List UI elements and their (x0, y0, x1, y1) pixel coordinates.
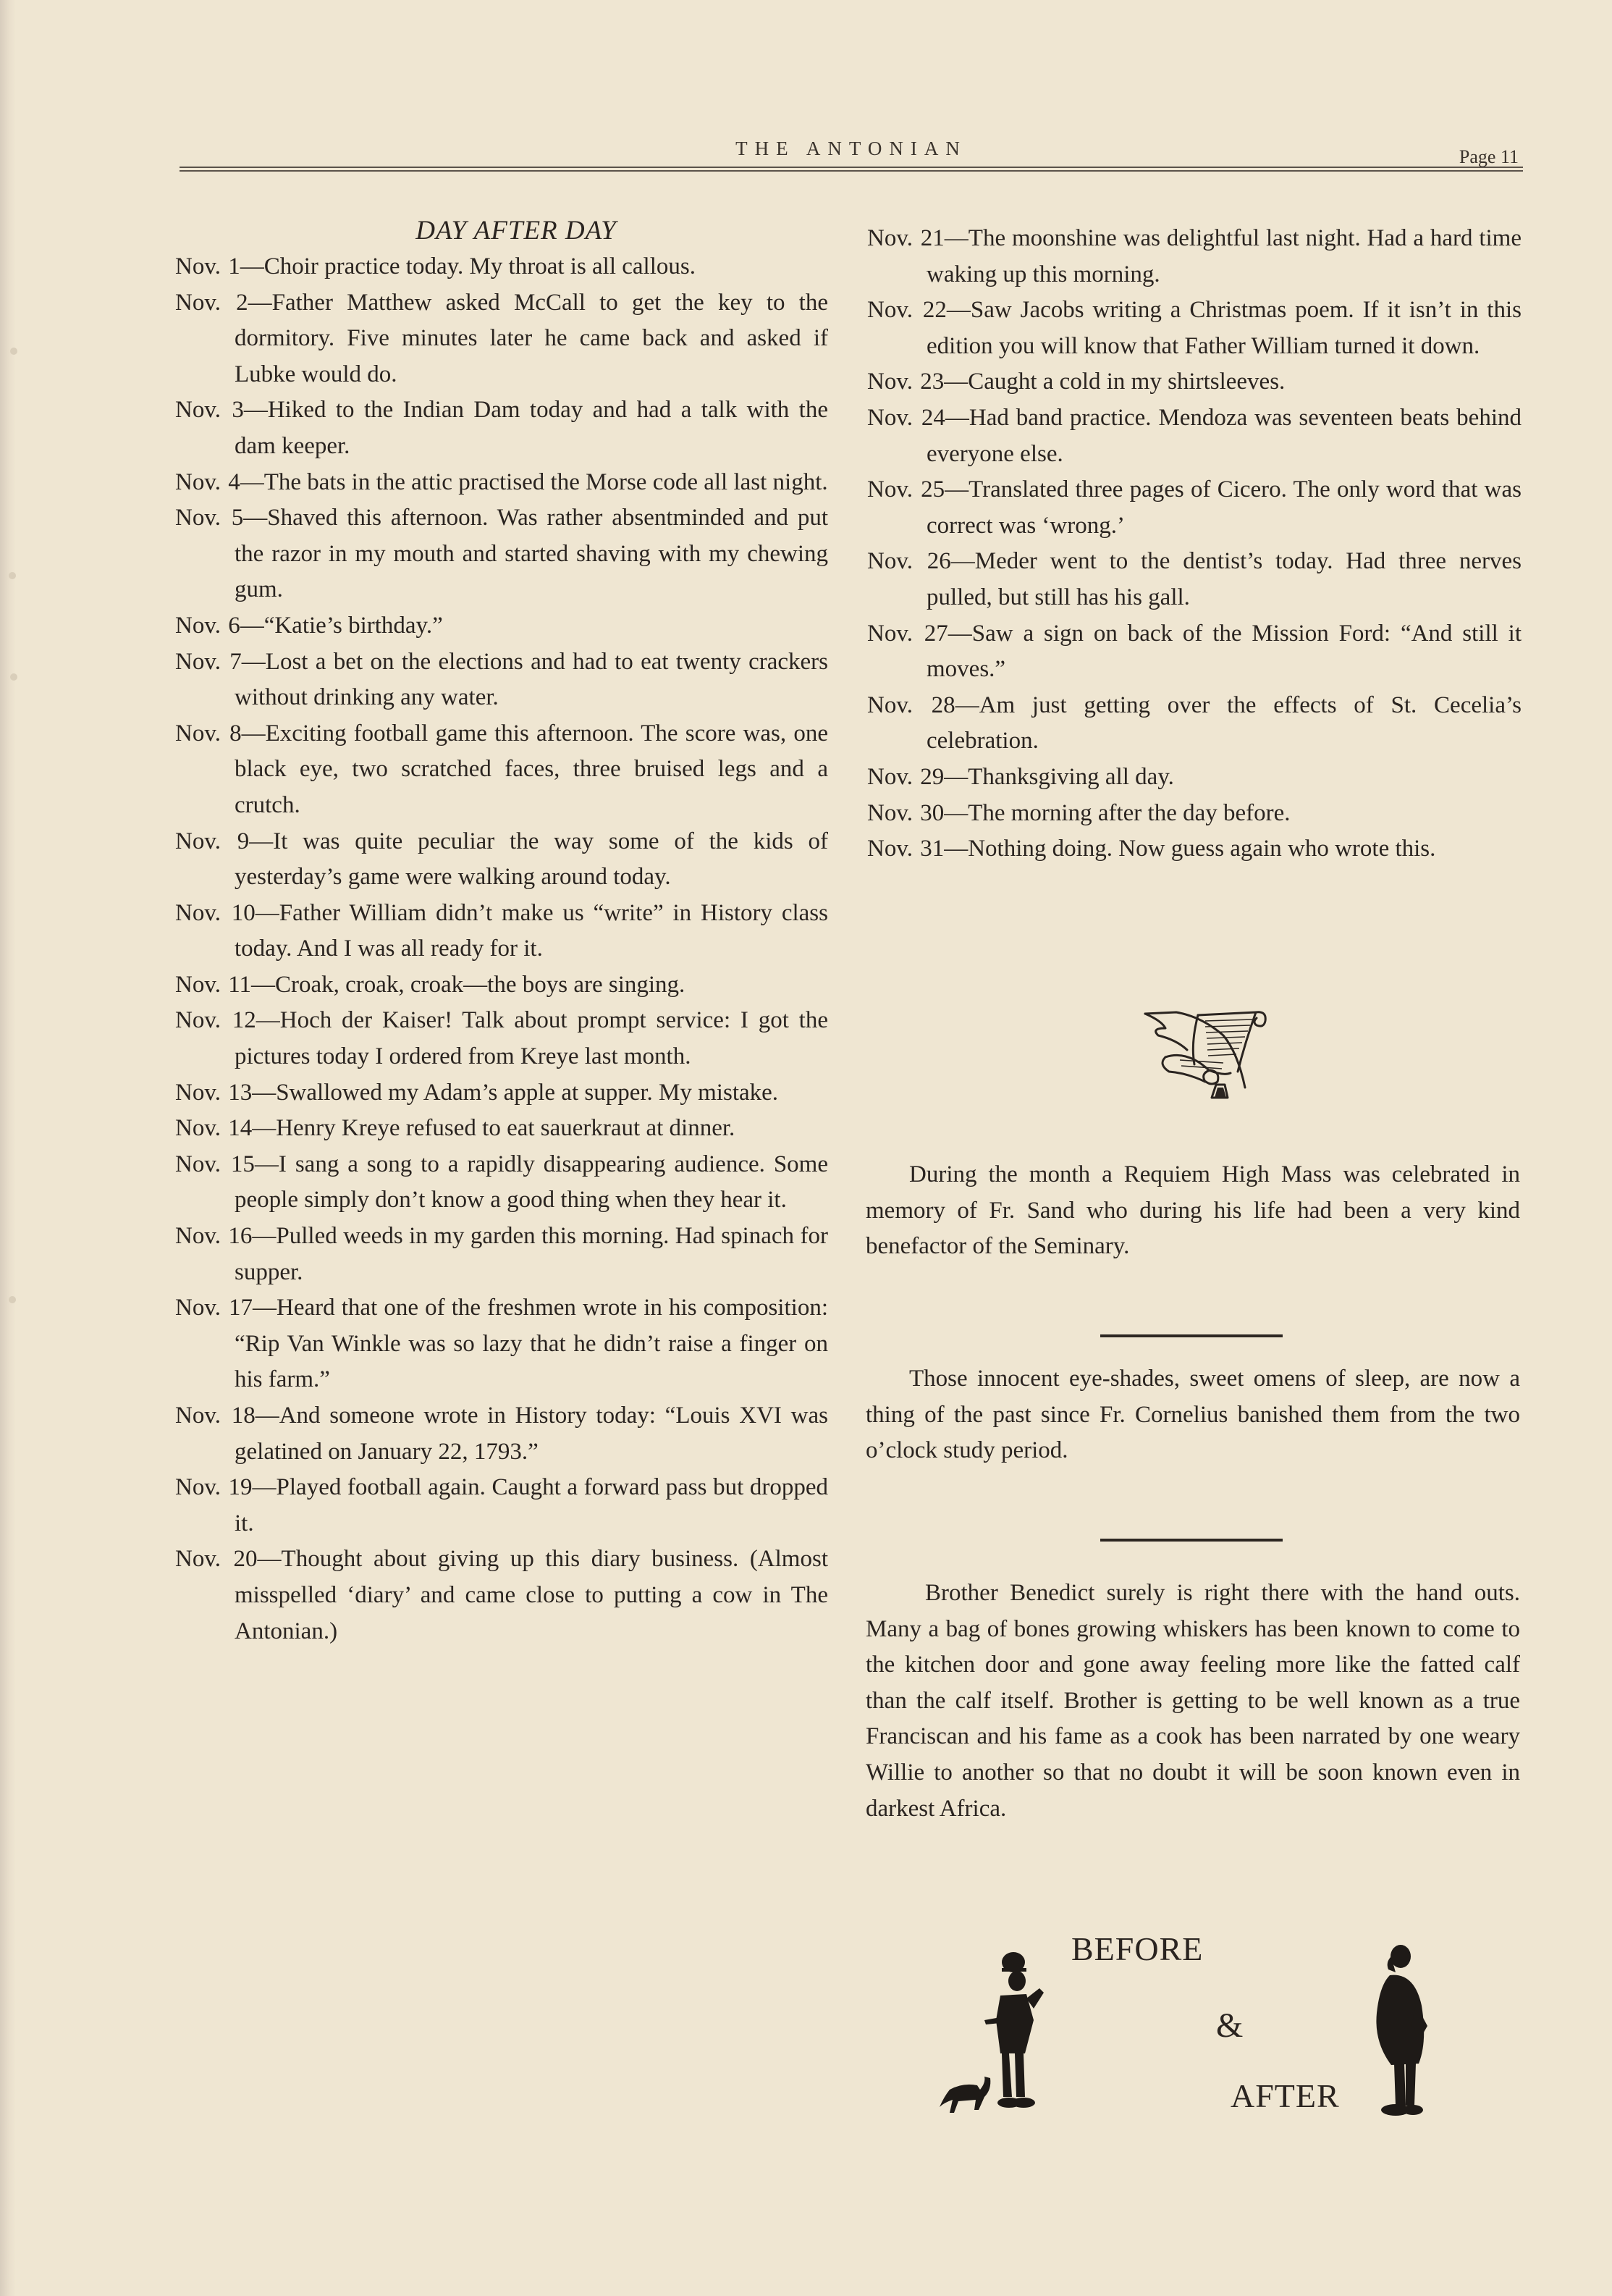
entry-date: Nov. 23 (867, 369, 944, 395)
diary-entry: Nov. 10—Father William didn’t make us “w… (175, 896, 828, 967)
entry-date: Nov. 28 (867, 692, 955, 718)
diary-entry: Nov. 21—The moonshine was delightful las… (867, 221, 1522, 293)
entry-date: Nov. 12 (175, 1007, 256, 1033)
entry-text: Thought about giving up this diary busin… (235, 1546, 828, 1644)
entry-text: Thanksgiving all day. (968, 764, 1174, 790)
entry-date: Nov. 24 (867, 405, 945, 431)
news-paragraph: Brother Benedict surely is right there w… (866, 1576, 1520, 1827)
page-number: Page 11 (1459, 146, 1519, 168)
entry-date: Nov. 6 (175, 613, 240, 639)
publication-title: THE ANTONIAN (180, 138, 1523, 160)
entry-date: Nov. 15 (175, 1151, 255, 1177)
entry-date: Nov. 14 (175, 1115, 252, 1141)
diary-entry: Nov. 18—And someone wrote in History tod… (175, 1398, 828, 1470)
entry-date: Nov. 1 (175, 253, 240, 279)
diary-entry: Nov. 29—Thanksgiving all day. (867, 760, 1522, 796)
diary-entry: Nov. 3—Hiked to the Indian Dam today and… (175, 392, 828, 464)
diary-entry: Nov. 4—The bats in the attic practised t… (175, 465, 828, 501)
entry-date: Nov. 2 (175, 290, 248, 316)
entry-text: Choir practice today. My throat is all c… (264, 253, 696, 279)
entry-date: Nov. 19 (175, 1474, 253, 1500)
entry-text: Am just getting over the effects of St. … (927, 692, 1522, 754)
diary-entry: Nov. 31—Nothing doing. Now guess again w… (867, 831, 1522, 867)
entry-date: Nov. 17 (175, 1295, 253, 1321)
diary-entry: Nov. 27—Saw a sign on back of the Missio… (867, 616, 1522, 688)
entry-text: Exciting football game this afternoon. T… (235, 720, 828, 818)
after-label: AFTER (1231, 2077, 1340, 2115)
diary-entry: Nov. 5—Shaved this afternoon. Was rather… (175, 500, 828, 608)
diary-entry: Nov. 13—Swallowed my Adam’s apple at sup… (175, 1075, 828, 1111)
diary-entry: Nov. 11—Croak, croak, croak—the boys are… (175, 967, 828, 1004)
diary-entry: Nov. 14—Henry Kreye refused to eat sauer… (175, 1111, 828, 1147)
diary-entry: Nov. 8—Exciting football game this after… (175, 716, 828, 824)
entry-date: Nov. 7 (175, 649, 242, 675)
entry-date: Nov. 29 (867, 764, 944, 790)
entry-text: I sang a song to a rapidly disappearing … (235, 1151, 828, 1214)
entry-text: The bats in the attic practised the Mors… (264, 469, 828, 495)
diary-column-right: Nov. 21—The moonshine was delightful las… (867, 221, 1522, 867)
scan-artifact (9, 572, 16, 579)
entry-text: Saw a sign on back of the Mission Ford: … (927, 621, 1522, 683)
entry-text: “Katie’s birthday.” (264, 613, 443, 639)
entry-text: Nothing doing. Now guess again who wrote… (968, 836, 1435, 862)
entry-date: Nov. 8 (175, 720, 242, 747)
entry-date: Nov. 31 (867, 836, 944, 862)
entry-text: It was quite peculiar the way some of th… (235, 828, 828, 891)
diary-entry: Nov. 12—Hoch der Kaiser! Talk about prom… (175, 1003, 828, 1075)
diary-entry: Nov. 16—Pulled weeds in my garden this m… (175, 1219, 828, 1290)
diary-column-left: DAY AFTER DAY Nov. 1—Choir practice toda… (175, 213, 828, 1649)
scan-artifact (10, 348, 17, 355)
thin-tramp-with-dog-icon (934, 1948, 1079, 2122)
diary-entry: Nov. 25—Translated three pages of Cicero… (867, 472, 1522, 544)
news-paragraph: Those innocent eye-shades, sweet omens o… (866, 1361, 1520, 1469)
scan-artifact (10, 673, 17, 681)
entry-text: The morning after the day before. (968, 800, 1290, 826)
news-paragraph: During the month a Requiem High Mass was… (866, 1157, 1520, 1265)
diary-entry: Nov. 28—Am just getting over the effects… (867, 688, 1522, 760)
entry-text: Father Matthew asked McCall to get the k… (235, 290, 828, 387)
entry-text: And someone wrote in History today: “Lou… (235, 1403, 828, 1465)
quill-and-scroll-icon (1136, 1006, 1288, 1101)
scan-artifact (9, 1296, 16, 1303)
before-label: BEFORE (1071, 1930, 1203, 1968)
diary-entry: Nov. 20—Thought about giving up this dia… (175, 1542, 828, 1649)
entry-date: Nov. 18 (175, 1403, 256, 1429)
diary-entry: Nov. 9—It was quite peculiar the way som… (175, 824, 828, 896)
entry-text: Translated three pages of Cicero. The on… (927, 476, 1522, 539)
diary-entry: Nov. 7—Lost a bet on the elections and h… (175, 644, 828, 716)
header-double-rule (180, 167, 1523, 172)
running-header: THE ANTONIAN Page 11 (180, 135, 1523, 178)
entry-text: Hiked to the Indian Dam today and had a … (235, 397, 828, 459)
diary-entry: Nov. 26—Meder went to the dentist’s toda… (867, 544, 1522, 615)
diary-entry: Nov. 30—The morning after the day before… (867, 796, 1522, 832)
entry-text: Pulled weeds in my garden this morning. … (235, 1223, 828, 1285)
entry-text: Swallowed my Adam’s apple at supper. My … (276, 1080, 778, 1106)
diary-entry: Nov. 6—“Katie’s birthday.” (175, 608, 828, 644)
diary-entry: Nov. 22—Saw Jacobs writing a Christmas p… (867, 293, 1522, 364)
entry-date: Nov. 11 (175, 972, 251, 998)
entry-date: Nov. 25 (867, 476, 945, 502)
entry-text: Caught a cold in my shirtsleeves. (968, 369, 1285, 395)
separator-rule (1100, 1539, 1283, 1542)
entry-text: Father William didn’t make us “write” in… (235, 900, 828, 962)
entry-text: The moonshine was delightful last night.… (927, 225, 1522, 287)
entry-text: Played football again. Caught a forward … (235, 1474, 828, 1536)
entry-date: Nov. 3 (175, 397, 244, 423)
diary-entry: Nov. 19—Played football again. Caught a … (175, 1470, 828, 1542)
entry-date: Nov. 21 (867, 225, 945, 251)
diary-entry: Nov. 15—I sang a song to a rapidly disap… (175, 1147, 828, 1219)
ampersand-label: & (1216, 2006, 1243, 2045)
entry-date: Nov. 20 (175, 1546, 258, 1572)
page-binding-edge (0, 0, 16, 2296)
entry-date: Nov. 13 (175, 1080, 252, 1106)
entry-text: Henry Kreye refused to eat sauerkraut at… (276, 1115, 735, 1141)
entry-date: Nov. 22 (867, 297, 947, 323)
entry-text: Croak, croak, croak—the boys are singing… (275, 972, 685, 998)
entry-date: Nov. 27 (867, 621, 948, 647)
entry-text: Lost a bet on the elections and had to e… (235, 649, 828, 711)
entry-text: Heard that one of the freshmen wrote in … (235, 1295, 828, 1392)
entry-text: Meder went to the dentist’s today. Had t… (927, 548, 1522, 610)
diary-entry: Nov. 17—Heard that one of the freshmen w… (175, 1290, 828, 1398)
entry-text: Had band practice. Mendoza was seventeen… (927, 405, 1522, 467)
diary-entry: Nov. 23—Caught a cold in my shirtsleeves… (867, 364, 1522, 400)
entry-date: Nov. 26 (867, 548, 951, 574)
diary-entry: Nov. 2—Father Matthew asked McCall to ge… (175, 285, 828, 393)
entry-text: Saw Jacobs writing a Christmas poem. If … (927, 297, 1522, 359)
stout-man-icon (1361, 1940, 1440, 2122)
entry-text: Shaved this afternoon. Was rather absent… (235, 505, 828, 602)
entry-date: Nov. 5 (175, 505, 243, 531)
entry-date: Nov. 4 (175, 469, 240, 495)
entry-date: Nov. 10 (175, 900, 256, 926)
entry-date: Nov. 9 (175, 828, 249, 854)
section-title: DAY AFTER DAY (175, 213, 828, 249)
entry-text: Hoch der Kaiser! Talk about prompt servi… (235, 1007, 828, 1069)
entry-date: Nov. 16 (175, 1223, 252, 1249)
entry-date: Nov. 30 (867, 800, 944, 826)
diary-entry: Nov. 1—Choir practice today. My throat i… (175, 249, 828, 285)
diary-entry: Nov. 24—Had band practice. Mendoza was s… (867, 400, 1522, 472)
separator-rule (1100, 1334, 1283, 1337)
